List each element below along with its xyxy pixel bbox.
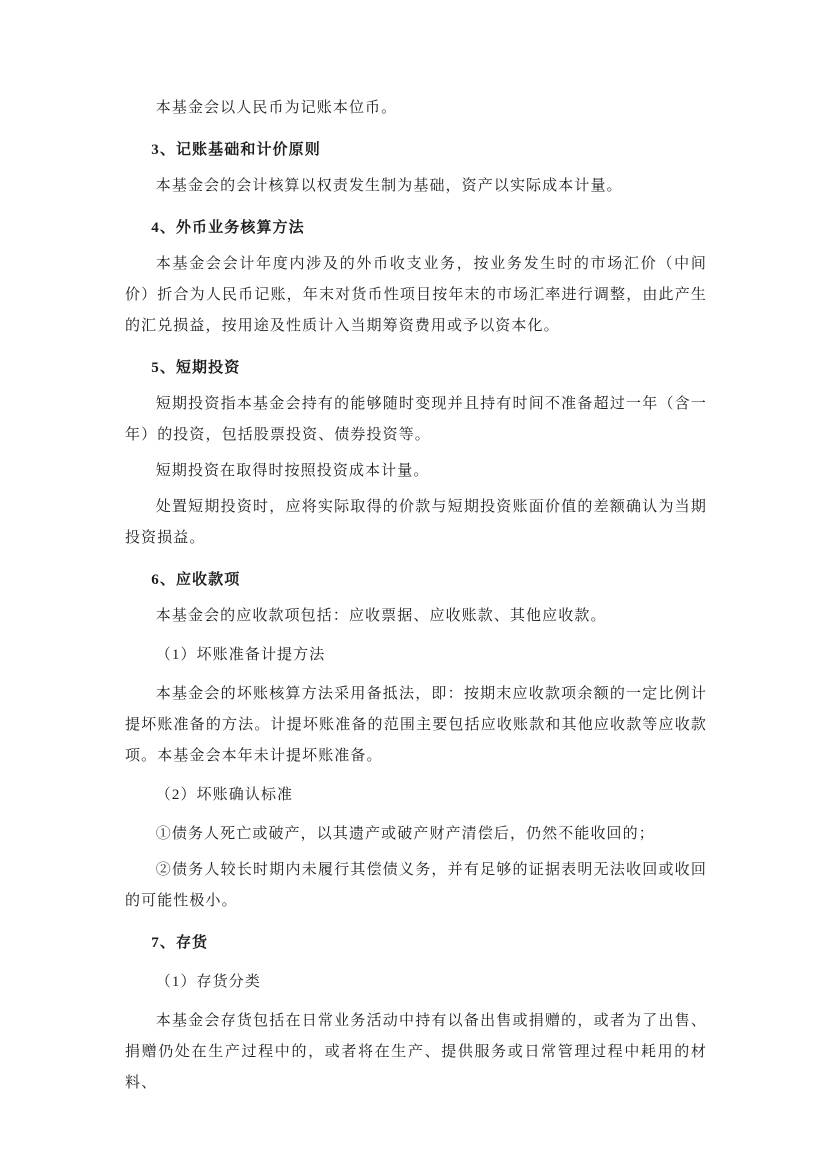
paragraph: 本基金会存货包括在日常业务活动中持有以备出售或捐赠的，或者为了出售、捐赠仍处在生… [125, 1006, 707, 1099]
paragraph: 短期投资在取得时按照投资成本计量。 [125, 456, 707, 487]
section-heading: 3、记账基础和计价原则 [125, 135, 707, 166]
section-heading: 7、存货 [125, 928, 707, 959]
paragraph: 本基金会的应收款项包括：应收票据、应收账款、其他应收款。 [125, 601, 707, 632]
sub-heading: （1）存货分类 [125, 967, 707, 998]
paragraph: 本基金会的会计核算以权责发生制为基础，资产以实际成本计量。 [125, 171, 707, 202]
sub-heading: （1）坏账准备计提方法 [125, 640, 707, 671]
section-heading: 4、外币业务核算方法 [125, 213, 707, 244]
paragraph: 短期投资指本基金会持有的能够随时变现并且持有时间不准备超过一年（含一年）的投资，… [125, 389, 707, 451]
paragraph: 处置短期投资时，应将实际取得的价款与短期投资账面价值的差额确认为当期投资损益。 [125, 492, 707, 554]
section-heading: 6、应收款项 [125, 565, 707, 596]
document-page: 本基金会以人民币为记账本位币。 3、记账基础和计价原则 本基金会的会计核算以权责… [0, 0, 826, 1169]
paragraph: 本基金会会计年度内涉及的外币收支业务，按业务发生时的市场汇价（中间价）折合为人民… [125, 249, 707, 342]
paragraph: ②债务人较长时期内未履行其偿债义务，并有足够的证据表明无法收回或收回的可能性极小… [125, 855, 707, 917]
section-heading: 5、短期投资 [125, 353, 707, 384]
sub-heading: （2）坏账确认标准 [125, 780, 707, 811]
paragraph: 本基金会以人民币为记账本位币。 [125, 93, 707, 124]
paragraph: 本基金会的坏账核算方法采用备抵法，即：按期末应收款项余额的一定比例计提坏账准备的… [125, 679, 707, 772]
paragraph: ①债务人死亡或破产，以其遗产或破产财产清偿后，仍然不能收回的； [125, 819, 707, 850]
